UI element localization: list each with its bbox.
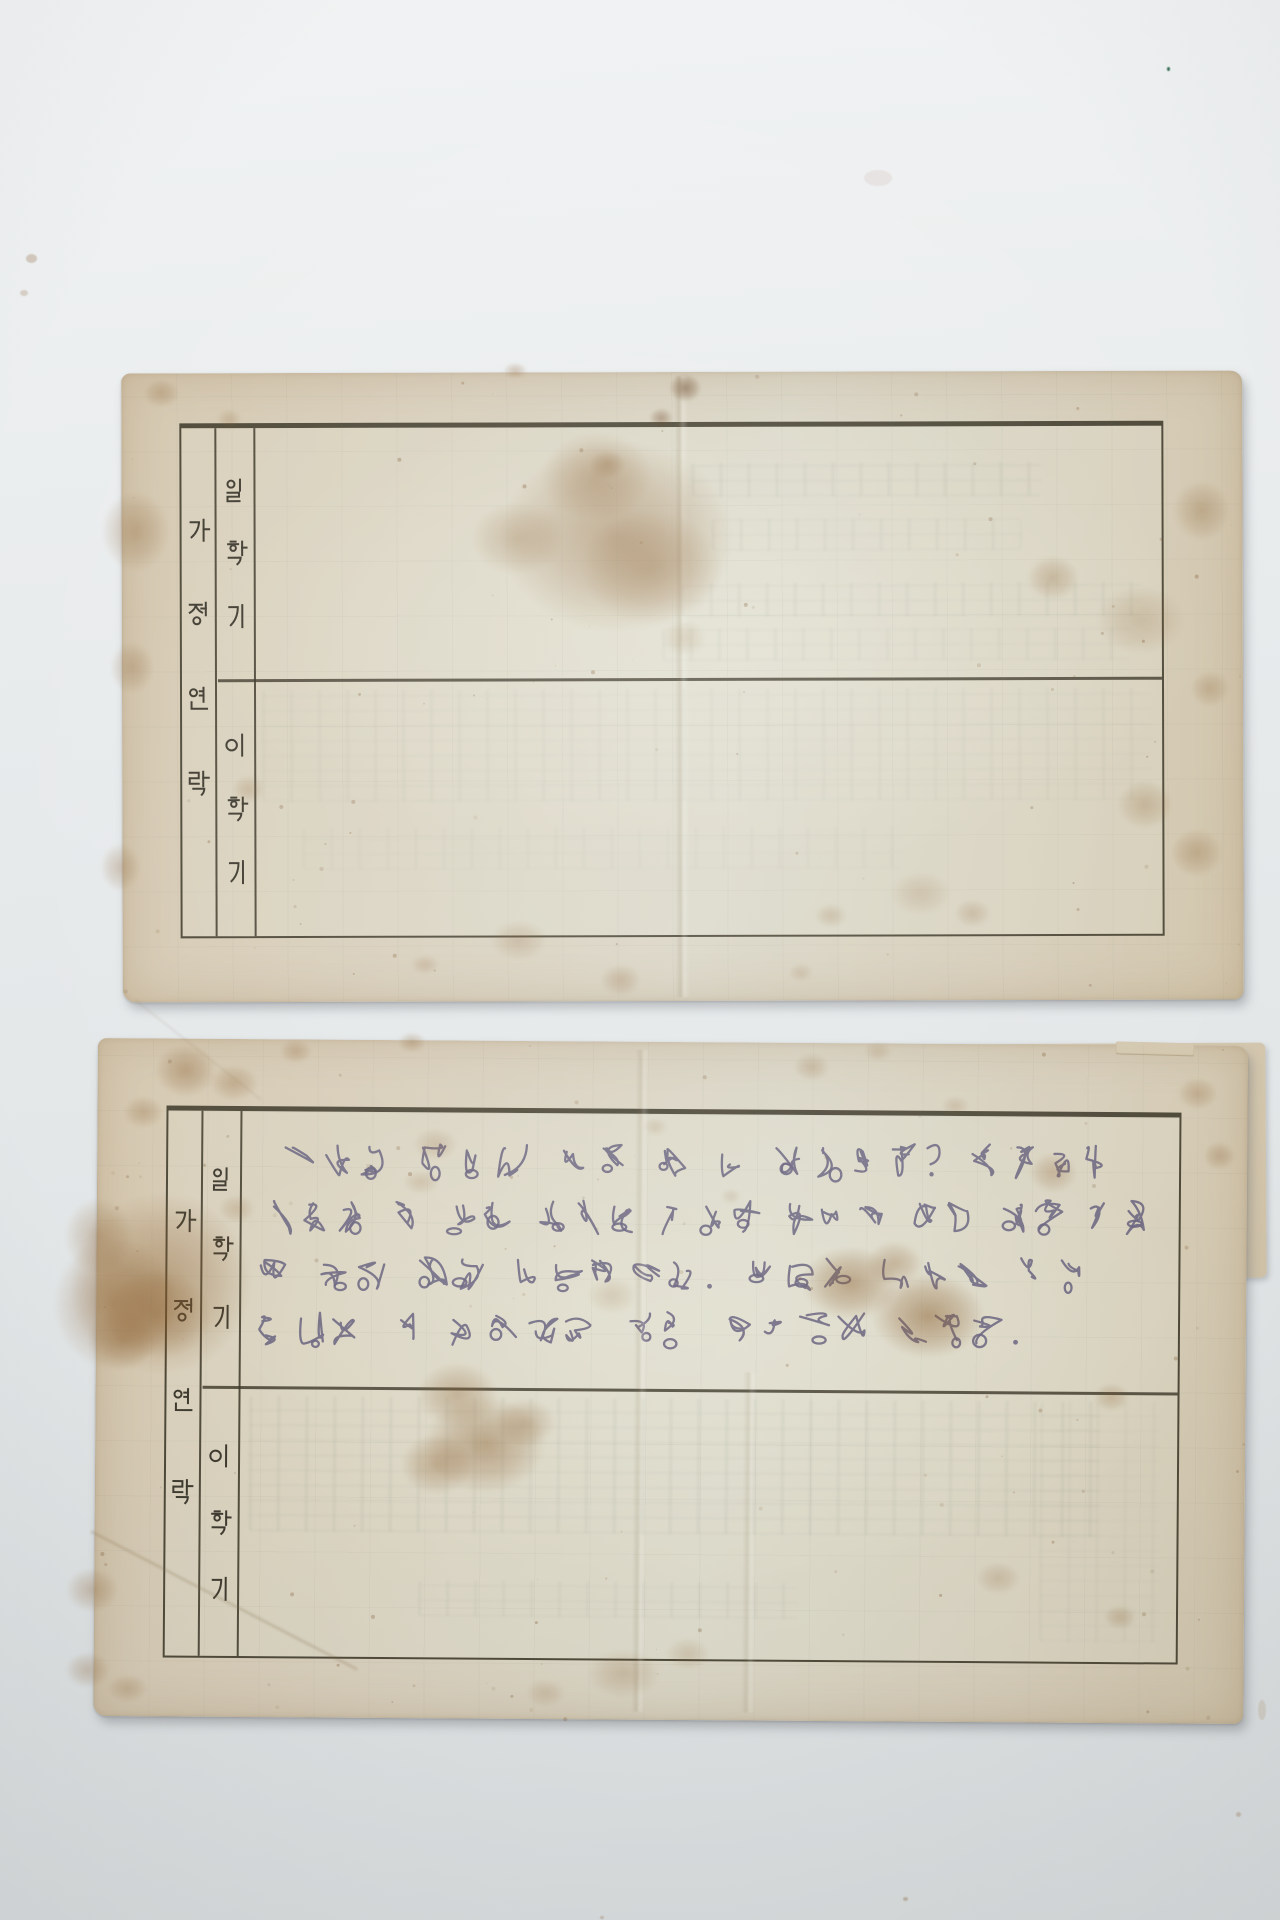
- printed-char: [223, 796, 248, 822]
- edge-notch: [1116, 1041, 1194, 1056]
- speck: [491, 1687, 495, 1691]
- speck: [132, 458, 133, 459]
- surface-mark: [1236, 1812, 1241, 1817]
- second-semester-label-chars: [218, 694, 255, 924]
- content-area-bottom: 이렇게 결석이 잦은 건 웬 일인지온? 뺑소니도 웃달리 잘 하고 병령도 예…: [239, 1111, 1180, 1663]
- speck: [1186, 1667, 1190, 1671]
- speck: [1146, 1710, 1149, 1713]
- speck: [168, 1059, 172, 1063]
- stain: [864, 1041, 892, 1061]
- speck: [510, 1695, 513, 1698]
- stain: [65, 1652, 109, 1688]
- speck: [391, 1701, 393, 1703]
- printed-char: [186, 602, 211, 628]
- corner-crease: [135, 999, 262, 1100]
- speck: [126, 1175, 129, 1178]
- speck: [657, 1673, 659, 1675]
- speck: [160, 1486, 162, 1488]
- printed-char: [172, 1207, 197, 1233]
- speck: [887, 953, 889, 955]
- speck: [1231, 525, 1232, 526]
- side-header-text: 가정연락: [168, 1110, 169, 1111]
- table-bottom: 가정연락 일학기 이학기 이렇게 결석이 잦은 건 웬 일인지온? 뺑소니도 웃…: [163, 1105, 1182, 1664]
- speck: [529, 1708, 533, 1712]
- speck: [914, 392, 918, 396]
- photo-stage: 가정연락 일학기 이학기: [0, 0, 1280, 1920]
- label-second-semester: 이학기: [217, 681, 254, 936]
- printed-char: [170, 1478, 195, 1504]
- printed-char: [186, 686, 211, 712]
- speck: [529, 1045, 531, 1047]
- show-through-ghost: [249, 1396, 1100, 1537]
- speck: [492, 393, 493, 394]
- speck: [156, 929, 160, 933]
- speck: [1238, 944, 1240, 946]
- stain: [66, 1568, 118, 1612]
- note-line-2: 웃달리 잘 하고 병령도 예사로 어기고 하니 무슨 원인: [242, 1111, 243, 1112]
- stain: [156, 1044, 216, 1096]
- stain: [1178, 1078, 1218, 1110]
- fold-crease: [674, 376, 690, 997]
- speck: [1042, 1053, 1046, 1057]
- speck: [616, 943, 618, 945]
- surface-mark: [20, 290, 28, 296]
- speck: [1242, 1443, 1245, 1446]
- handwritten-note: [242, 1114, 1173, 1386]
- stain: [525, 1679, 565, 1707]
- stain: [64, 1198, 133, 1274]
- speck: [575, 1100, 579, 1104]
- speck: [137, 1250, 139, 1252]
- second-semester-text: 이학기: [202, 1389, 203, 1390]
- first-semester-label-chars: [217, 441, 254, 667]
- note-line-3: 이 아마 있을 것같습니다. 따라서 성적도 형편: [242, 1111, 243, 1112]
- stain: [280, 1039, 312, 1063]
- show-through-ghost: [262, 688, 1152, 802]
- printed-char: [208, 1235, 233, 1261]
- stain: [503, 362, 527, 378]
- speck: [434, 970, 436, 972]
- speck: [1196, 1327, 1199, 1330]
- label-first-semester: 일학기: [217, 428, 254, 679]
- first-semester-text: 일학기: [204, 1111, 205, 1112]
- speck: [134, 497, 135, 498]
- stain: [110, 641, 154, 693]
- stain: [789, 964, 813, 982]
- speck: [1198, 1619, 1200, 1621]
- printed-char: [170, 1388, 195, 1414]
- stain: [143, 379, 179, 407]
- speck: [104, 1563, 107, 1566]
- show-through-ghost: [682, 582, 1142, 617]
- speck: [339, 1074, 342, 1077]
- stain: [794, 1053, 830, 1081]
- stain: [54, 1238, 175, 1371]
- speck: [1236, 1470, 1239, 1473]
- label-first-semester: 일학기: [202, 1111, 240, 1386]
- printed-char: [223, 860, 248, 886]
- stain: [101, 491, 169, 571]
- printed-char: [207, 1443, 232, 1469]
- stain: [123, 1096, 163, 1128]
- speck: [138, 1162, 140, 1164]
- stain: [88, 1310, 156, 1370]
- speck: [1226, 983, 1227, 984]
- show-through-ghost: [691, 462, 1041, 497]
- speck: [275, 1705, 279, 1709]
- speck: [1195, 575, 1199, 579]
- stain: [411, 955, 439, 975]
- document-bottom: 가정연락 일학기 이학기 이렇게 결석이 잦은 건 웬 일인지온? 뺑소니도 웃…: [93, 1038, 1248, 1724]
- semester-column: 일학기 이학기: [217, 428, 256, 936]
- speck: [487, 1683, 488, 1684]
- speck: [267, 1683, 270, 1686]
- printed-char: [207, 1509, 232, 1535]
- label-second-semester: 이학기: [200, 1389, 238, 1656]
- table-top: 가정연락 일학기 이학기: [179, 421, 1164, 939]
- printed-char: [208, 1304, 233, 1330]
- semester-column: 일학기 이학기: [200, 1111, 242, 1656]
- printed-char: [222, 478, 247, 504]
- speck: [703, 1075, 707, 1079]
- speck: [1239, 676, 1241, 678]
- speck: [461, 382, 464, 385]
- printed-char: [171, 1298, 196, 1324]
- stain: [100, 843, 140, 891]
- speck: [124, 989, 128, 993]
- speck: [755, 375, 759, 379]
- printed-char: [223, 604, 248, 630]
- stain: [1190, 671, 1230, 707]
- surface-mark: [1167, 67, 1170, 71]
- fold-crease: [741, 1373, 757, 1713]
- show-through-ghost: [662, 628, 1132, 661]
- speck: [104, 1306, 106, 1308]
- stain: [210, 1065, 258, 1101]
- content-area-top: [255, 426, 1162, 936]
- show-through-ghost: [712, 518, 1022, 551]
- speck: [111, 1171, 115, 1175]
- side-header-family-contact: [165, 1143, 201, 1568]
- speck: [1206, 1716, 1210, 1720]
- note-line-1: 이렇게 결석이 잦은 건 웬 일인지온? 뺑소니도: [242, 1111, 243, 1112]
- stain: [107, 1674, 147, 1702]
- speck: [900, 414, 902, 416]
- side-header-family-contact: [181, 459, 215, 855]
- speck: [139, 1175, 142, 1178]
- surface-mark: [1258, 1700, 1266, 1720]
- speck: [412, 1684, 415, 1687]
- note-line-4: 없으니 좀 적극적인 배려 있으시길 빕니다.: [242, 1111, 243, 1112]
- surface-mark: [600, 1916, 604, 1919]
- speck: [1222, 1049, 1224, 1051]
- speck: [393, 954, 397, 958]
- speck: [115, 1206, 119, 1210]
- surface-mark: [864, 170, 892, 186]
- first-semester-text: 일학기: [217, 428, 218, 429]
- speck: [1076, 407, 1079, 410]
- printed-char: [223, 732, 248, 758]
- speck: [563, 1717, 567, 1721]
- speck: [1089, 984, 1092, 987]
- surface-mark: [26, 254, 37, 263]
- stain: [601, 964, 641, 996]
- printed-char: [186, 771, 211, 797]
- stain: [1173, 481, 1229, 541]
- speck: [1085, 1094, 1086, 1095]
- printed-char: [186, 517, 211, 543]
- stain: [398, 1032, 426, 1052]
- speck: [541, 1663, 543, 1665]
- printed-char: [209, 1167, 234, 1193]
- document-top: 가정연락 일학기 이학기: [121, 371, 1244, 1003]
- printed-char: [223, 541, 248, 567]
- side-header-text: 가정연락: [181, 428, 182, 429]
- first-semester-label-chars: [202, 1124, 240, 1372]
- speck: [1185, 1246, 1189, 1250]
- side-header-column: 가정연락: [181, 428, 217, 936]
- stain: [1203, 1142, 1235, 1170]
- show-through-ghost: [1039, 1402, 1161, 1643]
- speck: [353, 973, 355, 975]
- surface-mark: [903, 1897, 908, 1901]
- stain: [1170, 829, 1222, 877]
- speck: [254, 947, 256, 949]
- speck: [100, 1552, 104, 1556]
- show-through-ghost: [302, 826, 902, 870]
- speck: [337, 1664, 340, 1667]
